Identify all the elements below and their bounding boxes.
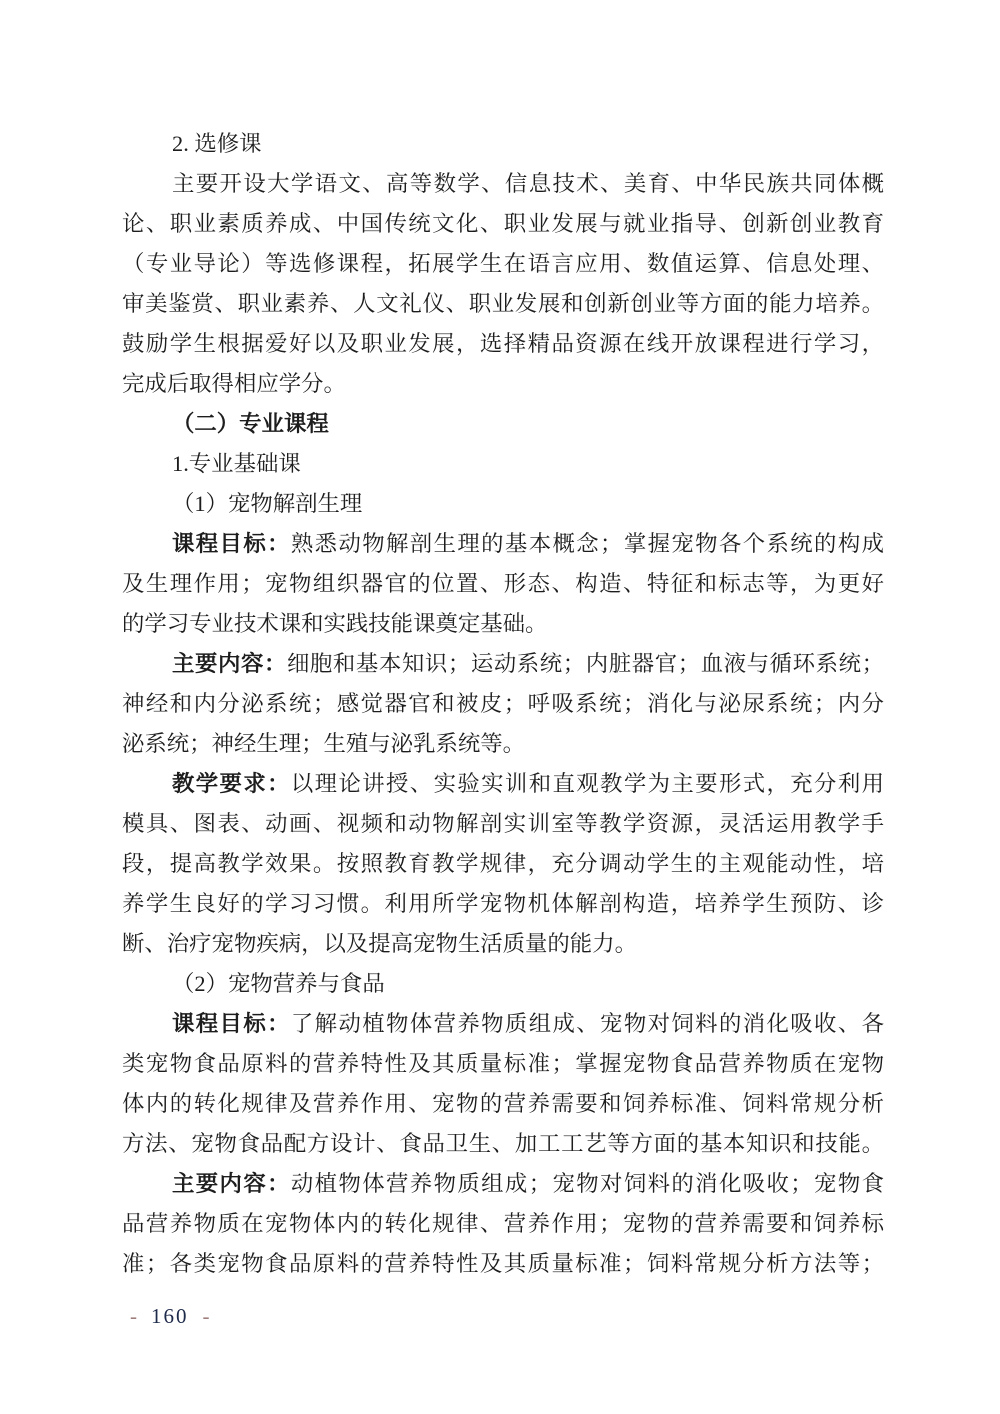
course-content-line: 泌系统；神经生理；生殖与泌乳系统等。: [122, 724, 884, 764]
course-title: （2）宠物营养与食品: [122, 964, 884, 1004]
elective-paragraph: 主要开设大学语文、高等数学、信息技术、美育、中华民族共同体概 论、职业素质养成、…: [122, 164, 884, 404]
course-teaching-line: 段，提高教学效果。按照教育教学规律，充分调动学生的主观能动性，培: [122, 844, 884, 884]
course-teaching-line: 养学生良好的学习习惯。利用所学宠物机体解剖构造，培养学生预防、诊: [122, 884, 884, 924]
course-content-text: 动植物体营养物质组成；宠物对饲料的消化吸收；宠物食: [291, 1171, 884, 1196]
course-teaching-text: 以理论讲授、实验实训和直观教学为主要形式，充分利用: [291, 771, 884, 796]
course-content-line: 神经和内分泌系统；感觉器官和被皮；呼吸系统；消化与泌尿系统；内分: [122, 684, 884, 724]
course-teaching-line: 模具、图表、动画、视频和动物解剖实训室等教学资源，灵活运用教学手: [122, 804, 884, 844]
section-heading-professional-courses: （二）专业课程: [122, 404, 884, 444]
course-teaching-label: 教学要求：: [172, 771, 291, 796]
paragraph-line: （专业导论）等选修课程，拓展学生在语言应用、数值运算、信息处理、: [122, 244, 884, 284]
footer-right-dash: -: [203, 1301, 210, 1331]
paragraph-line: 主要开设大学语文、高等数学、信息技术、美育、中华民族共同体概: [122, 164, 884, 204]
elective-course-heading: 2. 选修课: [122, 124, 884, 164]
course-anatomy-physiology: （1）宠物解剖生理 课程目标：熟悉动物解剖生理的基本概念；掌握宠物各个系统的构成…: [122, 484, 884, 964]
paragraph-line: 论、职业素质养成、中国传统文化、职业发展与就业指导、创新创业教育: [122, 204, 884, 244]
course-goal-line: 方法、宠物食品配方设计、食品卫生、加工工艺等方面的基本知识和技能。: [122, 1124, 884, 1164]
page-footer: - 160 -: [130, 1301, 210, 1331]
course-goal-line: 课程目标：了解动植物体营养物质组成、宠物对饲料的消化吸收、各: [122, 1004, 884, 1044]
page-number: 160: [151, 1301, 189, 1331]
paragraph-line: 审美鉴赏、职业素养、人文礼仪、职业发展和创新创业等方面的能力培养。: [122, 284, 884, 324]
course-content-line: 主要内容：细胞和基本知识；运动系统；内脏器官；血液与循环系统；: [122, 644, 884, 684]
course-goal-line: 类宠物食品原料的营养特性及其质量标准；掌握宠物食品营养物质在宠物: [122, 1044, 884, 1084]
footer-left-dash: -: [130, 1301, 137, 1331]
course-teaching-line: 断、治疗宠物疾病，以及提高宠物生活质量的能力。: [122, 924, 884, 964]
course-goal-text: 了解动植物体营养物质组成、宠物对饲料的消化吸收、各: [291, 1011, 884, 1036]
course-goal-line: 体内的转化规律及营养作用、宠物的营养需要和饲养标准、饲料常规分析: [122, 1084, 884, 1124]
course-content-line: 品营养物质在宠物体内的转化规律、营养作用；宠物的营养需要和饲养标: [122, 1204, 884, 1244]
course-goal-label: 课程目标：: [172, 1011, 291, 1036]
course-nutrition-food: （2）宠物营养与食品 课程目标：了解动植物体营养物质组成、宠物对饲料的消化吸收、…: [122, 964, 884, 1284]
course-content-label: 主要内容：: [172, 1171, 291, 1196]
course-title: （1）宠物解剖生理: [122, 484, 884, 524]
course-content-line: 主要内容：动植物体营养物质组成；宠物对饲料的消化吸收；宠物食: [122, 1164, 884, 1204]
subsection-heading-basic-courses: 1.专业基础课: [122, 444, 884, 484]
document-body: 2. 选修课 主要开设大学语文、高等数学、信息技术、美育、中华民族共同体概 论、…: [122, 124, 884, 1284]
course-goal-label: 课程目标：: [172, 531, 291, 556]
paragraph-line: 完成后取得相应学分。: [122, 364, 884, 404]
course-content-line: 准；各类宠物食品原料的营养特性及其质量标准；饲料常规分析方法等；: [122, 1244, 884, 1284]
course-goal-line: 课程目标：熟悉动物解剖生理的基本概念；掌握宠物各个系统的构成: [122, 524, 884, 564]
course-teaching-line: 教学要求：以理论讲授、实验实训和直观教学为主要形式，充分利用: [122, 764, 884, 804]
document-page: 2. 选修课 主要开设大学语文、高等数学、信息技术、美育、中华民族共同体概 论、…: [0, 0, 1000, 1414]
course-content-text: 细胞和基本知识；运动系统；内脏器官；血液与循环系统；: [287, 651, 884, 676]
course-goal-text: 熟悉动物解剖生理的基本概念；掌握宠物各个系统的构成: [291, 531, 884, 556]
course-goal-line: 及生理作用；宠物组织器官的位置、形态、构造、特征和标志等，为更好: [122, 564, 884, 604]
course-content-label: 主要内容：: [172, 651, 287, 676]
paragraph-line: 鼓励学生根据爱好以及职业发展，选择精品资源在线开放课程进行学习，: [122, 324, 884, 364]
course-goal-line: 的学习专业技术课和实践技能课奠定基础。: [122, 604, 884, 644]
